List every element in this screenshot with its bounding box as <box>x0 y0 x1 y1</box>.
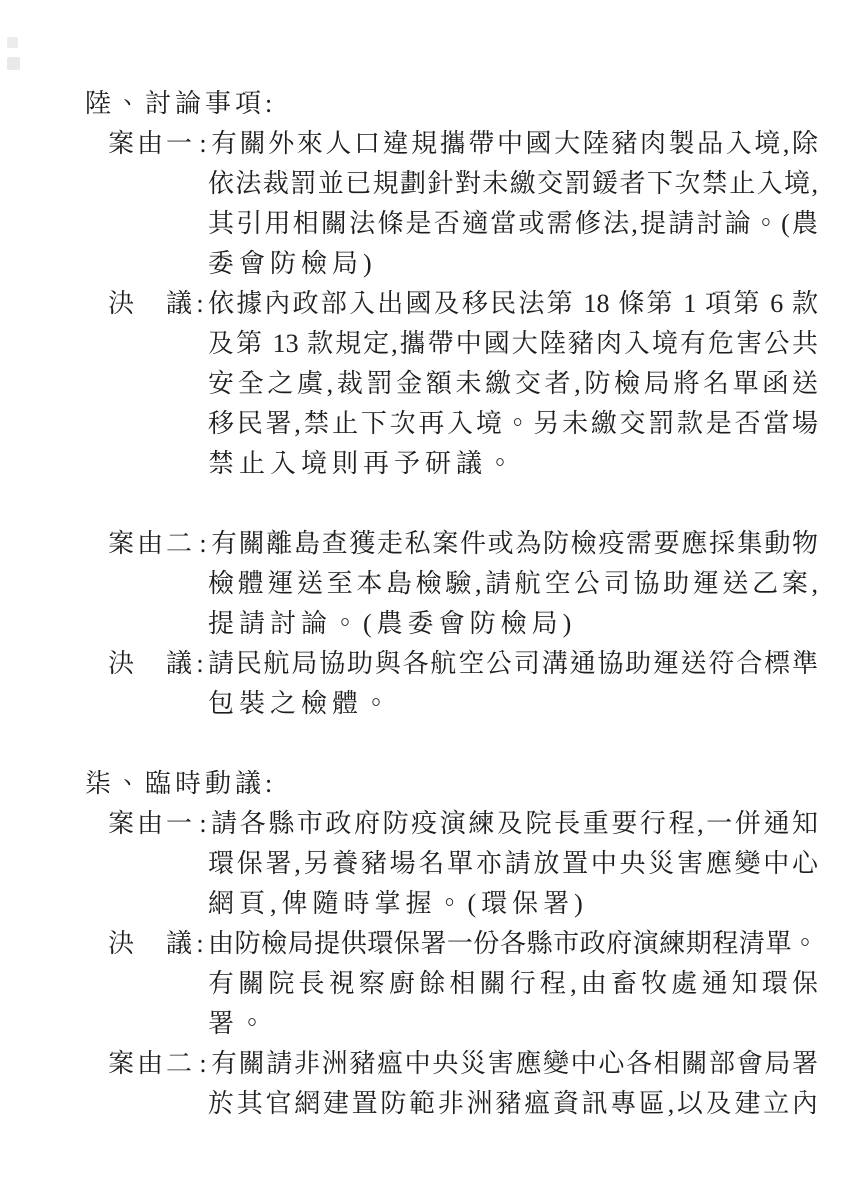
section-heading-text: 陸、討論事項: <box>85 89 276 118</box>
line-text: 檢體運送至本島檢驗,請航空公司協助運送乙案, <box>208 564 818 604</box>
line-text: 有關請非洲豬瘟中央災害應變中心各相關部會局署 <box>211 1044 818 1084</box>
line-text: 有關離島查獲走私案件或為防檢疫需要應採集動物 <box>211 524 818 564</box>
line-text: 其引用相關法條是否適當或需修法,提請討論。(農 <box>208 204 818 244</box>
scan-smudge-2 <box>7 57 20 70</box>
item-label: 決議 <box>108 924 192 964</box>
line-text: 有關外來人口違規攜帶中國大陸豬肉製品入境,除 <box>211 124 818 164</box>
section-heading: 柒、臨時動議: <box>0 764 848 804</box>
case-line: 案由一:有關外來人口違規攜帶中國大陸豬肉製品入境,除 <box>0 124 848 164</box>
document-page: 陸、討論事項:案由一:有關外來人口違規攜帶中國大陸豬肉製品入境,除依法裁罰並已規… <box>0 0 848 1200</box>
line-text: 包裝之檢體。 <box>208 684 818 724</box>
item-label: 案由二 <box>108 1044 195 1084</box>
continuation-line: 委會防檢局) <box>0 244 848 284</box>
continuation-line: 署。 <box>0 1004 848 1044</box>
resolution-line: 決議:依據內政部入出國及移民法第 18 條第 1 項第 6 款 <box>0 284 848 324</box>
line-text: 於其官網建置防範非洲豬瘟資訊專區,以及建立內 <box>208 1084 818 1124</box>
continuation-line: 有關院長視察廚餘相關行程,由畜牧處通知環保 <box>0 964 848 1004</box>
section-heading-text: 柒、臨時動議: <box>85 769 276 798</box>
label-colon: : <box>192 644 208 684</box>
continuation-line: 於其官網建置防範非洲豬瘟資訊專區,以及建立內 <box>0 1084 848 1124</box>
item-label: 決議 <box>108 644 192 684</box>
meeting-minutes-text: 陸、討論事項:案由一:有關外來人口違規攜帶中國大陸豬肉製品入境,除依法裁罰並已規… <box>0 84 848 1124</box>
continuation-line: 移民署,禁止下次再入境。另未繳交罰款是否當場 <box>0 404 848 444</box>
label-colon: : <box>195 804 211 844</box>
continuation-line: 禁止入境則再予研議。 <box>0 444 848 484</box>
item-label: 案由二 <box>108 524 195 564</box>
section-heading: 陸、討論事項: <box>0 84 848 124</box>
continuation-line: 環保署,另養豬場名單亦請放置中央災害應變中心 <box>0 844 848 884</box>
continuation-line: 包裝之檢體。 <box>0 684 848 724</box>
line-text: 安全之虞,裁罰金額未繳交者,防檢局將名單函送 <box>208 364 818 404</box>
label-colon: : <box>195 1044 211 1084</box>
item-label: 決議 <box>108 284 192 324</box>
continuation-line: 檢體運送至本島檢驗,請航空公司協助運送乙案, <box>0 564 848 604</box>
scan-smudge-1 <box>7 37 18 48</box>
case-line: 案由二:有關離島查獲走私案件或為防檢疫需要應採集動物 <box>0 524 848 564</box>
line-text: 請民航局協助與各航空公司溝通協助運送符合標準 <box>208 644 818 684</box>
resolution-line: 決議:請民航局協助與各航空公司溝通協助運送符合標準 <box>0 644 848 684</box>
line-text: 依法裁罰並已規劃針對未繳交罰鍰者下次禁止入境, <box>208 164 818 204</box>
continuation-line: 網頁,俾隨時掌握。(環保署) <box>0 884 848 924</box>
blank-line <box>0 484 848 524</box>
line-text: 依據內政部入出國及移民法第 18 條第 1 項第 6 款 <box>208 284 818 324</box>
continuation-line: 及第 13 款規定,攜帶中國大陸豬肉入境有危害公共 <box>0 324 848 364</box>
continuation-line: 依法裁罰並已規劃針對未繳交罰鍰者下次禁止入境, <box>0 164 848 204</box>
line-text: 禁止入境則再予研議。 <box>208 444 818 484</box>
label-colon: : <box>192 284 208 324</box>
line-text: 由防檢局提供環保署一份各縣市政府演練期程清單。 <box>208 924 818 964</box>
line-text: 移民署,禁止下次再入境。另未繳交罰款是否當場 <box>208 404 818 444</box>
resolution-line: 決議:由防檢局提供環保署一份各縣市政府演練期程清單。 <box>0 924 848 964</box>
line-text: 委會防檢局) <box>208 244 818 284</box>
line-text: 署。 <box>208 1004 818 1044</box>
item-label: 案由一 <box>108 804 195 844</box>
case-line: 案由一:請各縣市政府防疫演練及院長重要行程,一併通知 <box>0 804 848 844</box>
label-colon: : <box>195 124 211 164</box>
line-text: 有關院長視察廚餘相關行程,由畜牧處通知環保 <box>208 964 818 1004</box>
continuation-line: 安全之虞,裁罰金額未繳交者,防檢局將名單函送 <box>0 364 848 404</box>
line-text: 環保署,另養豬場名單亦請放置中央災害應變中心 <box>208 844 818 884</box>
item-label: 案由一 <box>108 124 195 164</box>
line-text: 請各縣市政府防疫演練及院長重要行程,一併通知 <box>211 804 818 844</box>
continuation-line: 提請討論。(農委會防檢局) <box>0 604 848 644</box>
label-colon: : <box>195 524 211 564</box>
blank-line <box>0 724 848 764</box>
line-text: 網頁,俾隨時掌握。(環保署) <box>208 884 818 924</box>
label-colon: : <box>192 924 208 964</box>
continuation-line: 其引用相關法條是否適當或需修法,提請討論。(農 <box>0 204 848 244</box>
case-line: 案由二:有關請非洲豬瘟中央災害應變中心各相關部會局署 <box>0 1044 848 1084</box>
line-text: 及第 13 款規定,攜帶中國大陸豬肉入境有危害公共 <box>208 324 818 364</box>
line-text: 提請討論。(農委會防檢局) <box>208 604 818 644</box>
